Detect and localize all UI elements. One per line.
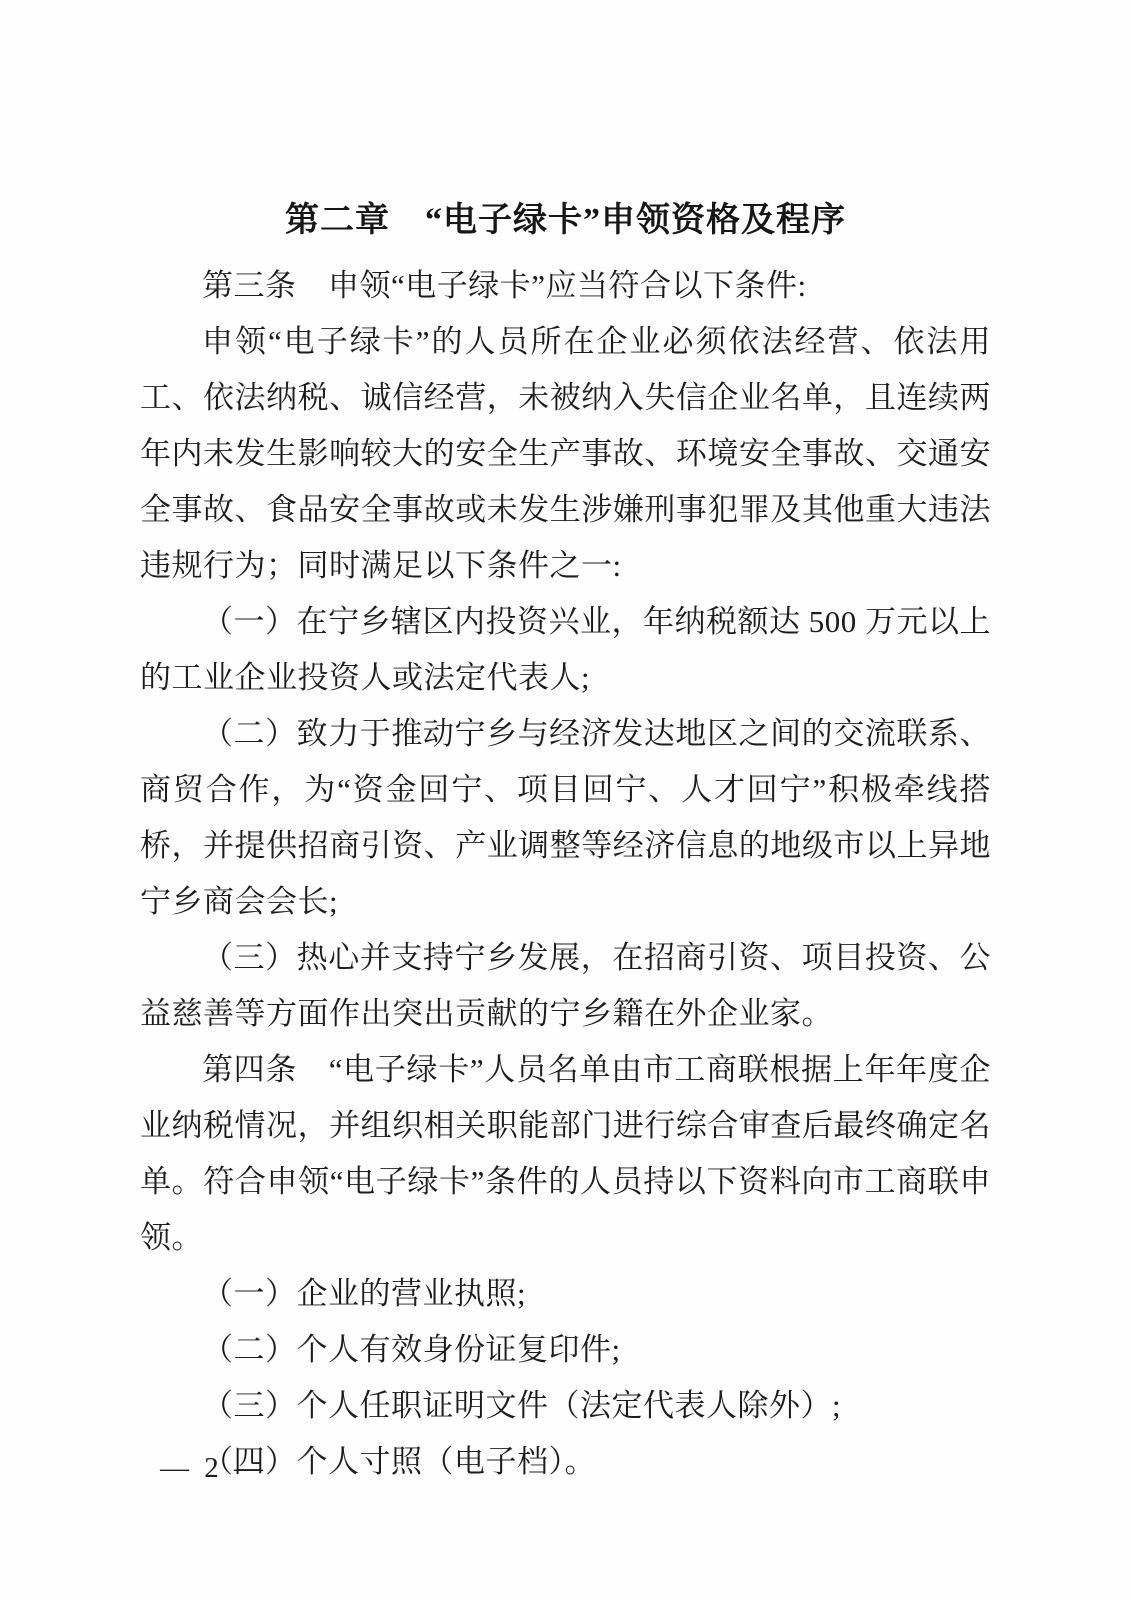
paragraph-article-3-conditions: 申领“电子绿卡”的人员所在企业必须依法经营、依法用工、依法纳税、诚信经营，未被纳…: [140, 314, 991, 594]
page-number: — 2 —: [160, 1452, 267, 1485]
paragraph-material-2: （二）个人有效身份证复印件;: [140, 1322, 991, 1378]
paragraph-article-3-lead: 第三条 申领“电子绿卡”应当符合以下条件:: [140, 258, 991, 314]
document-page: 第二章 “电子绿卡”申领资格及程序 第三条 申领“电子绿卡”应当符合以下条件: …: [0, 0, 1131, 1600]
paragraph-article-4: 第四条 “电子绿卡”人员名单由市工商联根据上年年度企业纳税情况，并组织相关职能部…: [140, 1042, 991, 1266]
document-body: 第二章 “电子绿卡”申领资格及程序 第三条 申领“电子绿卡”应当符合以下条件: …: [140, 198, 991, 1490]
chapter-heading: 第二章 “电子绿卡”申领资格及程序: [140, 198, 991, 244]
paragraph-material-3: （三）个人任职证明文件（法定代表人除外）;: [140, 1378, 991, 1434]
paragraph-condition-2: （二）致力于推动宁乡与经济发达地区之间的交流联系、商贸合作，为“资金回宁、项目回…: [140, 706, 991, 930]
paragraph-material-1: （一）企业的营业执照;: [140, 1266, 991, 1322]
paragraph-condition-1: （一）在宁乡辖区内投资兴业，年纳税额达 500 万元以上的工业企业投资人或法定代…: [140, 594, 991, 706]
paragraph-condition-3: （三）热心并支持宁乡发展，在招商引资、项目投资、公益慈善等方面作出突出贡献的宁乡…: [140, 930, 991, 1042]
paragraph-material-4: （四）个人寸照（电子档）。: [140, 1434, 991, 1490]
